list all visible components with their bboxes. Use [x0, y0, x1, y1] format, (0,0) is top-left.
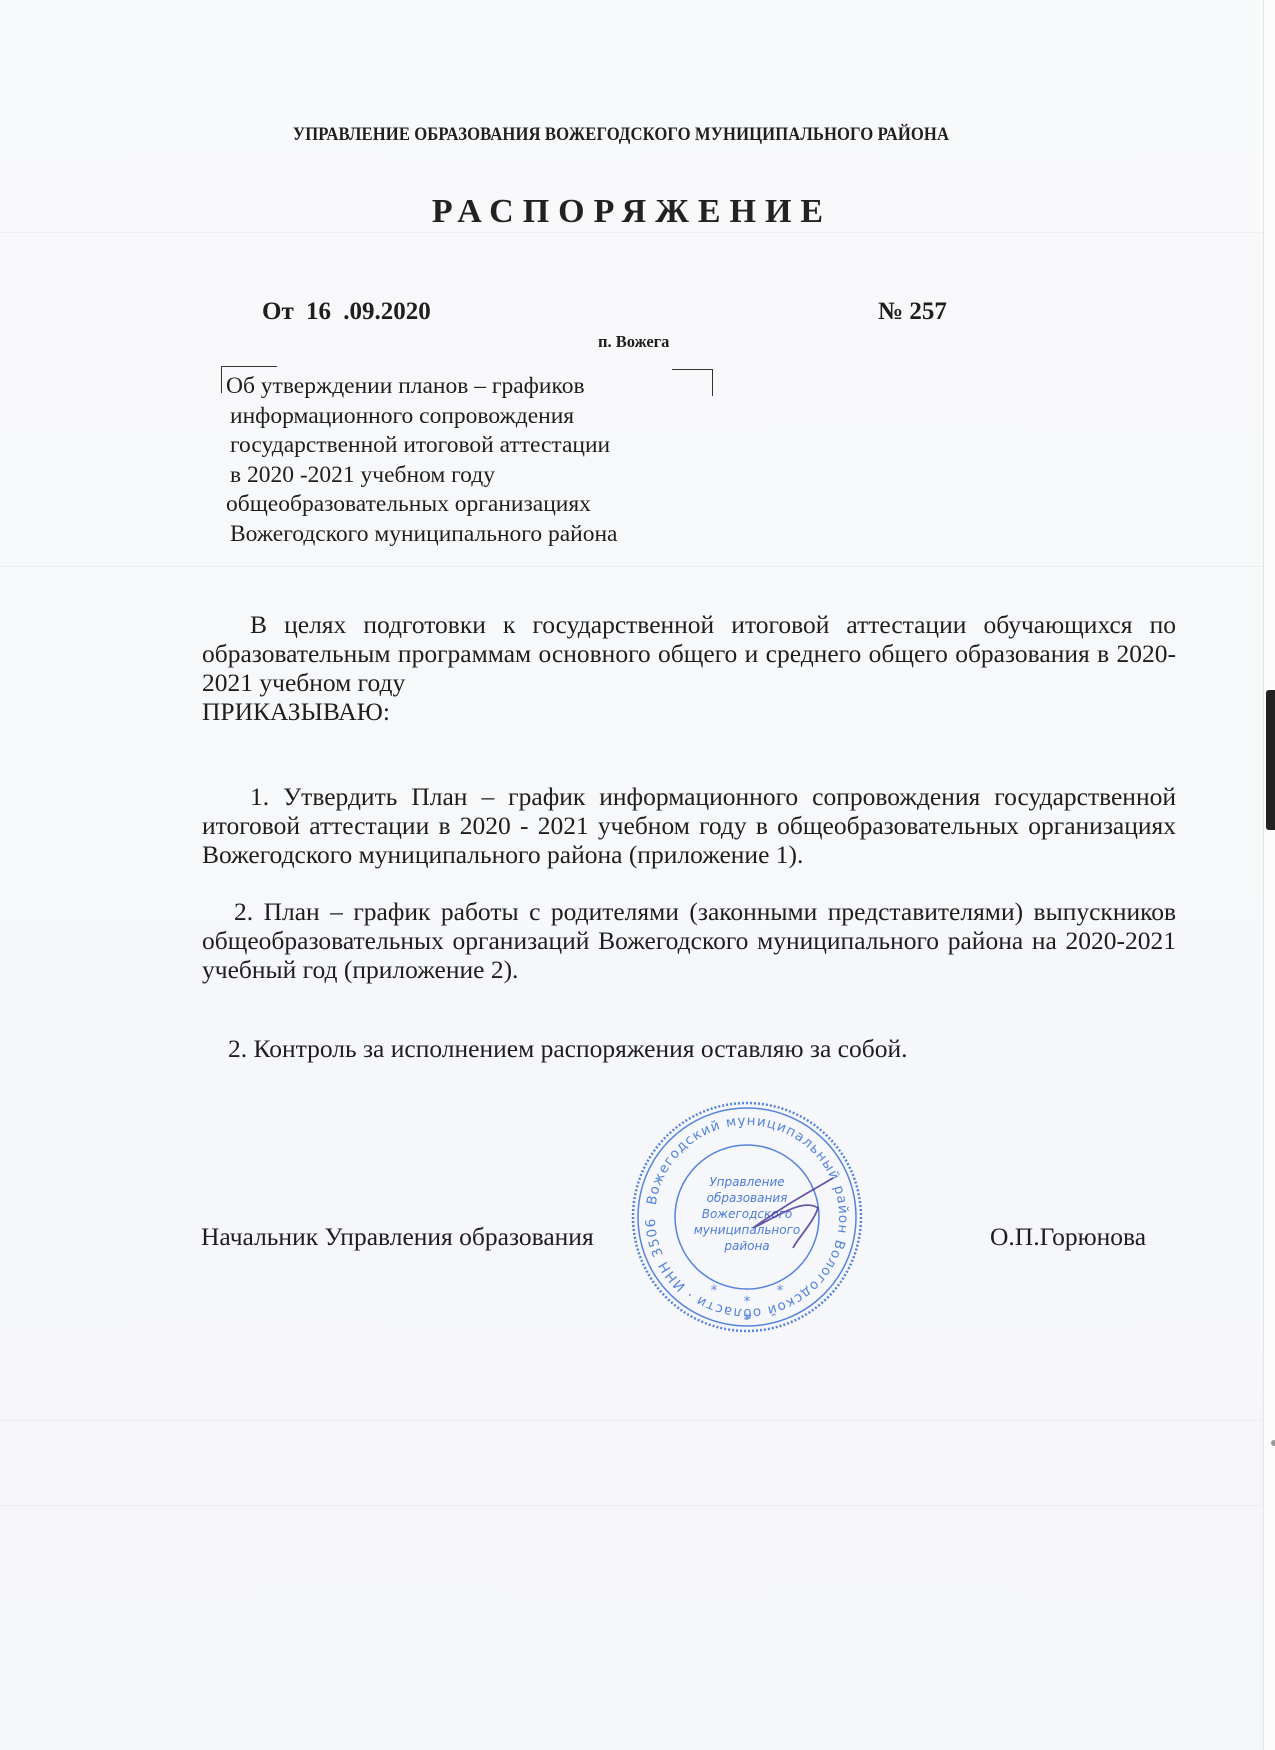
subject-line: в 2020 -2021 учебном году [220, 461, 617, 491]
document-number: № 257 [878, 298, 947, 326]
order-keyword: ПРИКАЗЫВАЮ: [202, 697, 390, 727]
order-item-1: 1. Утвердить План – график информационно… [202, 782, 1176, 869]
svg-text:образования: образования [707, 1191, 788, 1205]
subject-line: Об утверждении планов – графиков [220, 372, 617, 402]
order-item-2: 2. План – график работы с родителями (за… [202, 897, 1176, 984]
subject-line: государственной итоговой аттестации [220, 431, 617, 461]
svg-text:*: * [777, 1283, 784, 1299]
signatory-role: Начальник Управления образования [201, 1222, 594, 1252]
svg-text:*: * [711, 1283, 718, 1299]
scan-artifact [0, 1505, 1264, 1506]
document-date: От 16 .09.2020 [262, 298, 431, 326]
subject-line: Вожегодского муниципального района [220, 520, 617, 550]
document-title: РАСПОРЯЖЕНИЕ [0, 193, 1264, 231]
svg-text:района: района [723, 1239, 769, 1253]
svg-text:муниципального: муниципального [694, 1223, 801, 1237]
svg-text:*: * [744, 1294, 751, 1310]
subject-line: информационного сопровождения [220, 402, 617, 432]
date-label: От [262, 298, 294, 325]
scan-edge [1263, 0, 1275, 1750]
svg-text:Управление: Управление [709, 1175, 784, 1189]
organization-header: УПРАВЛЕНИЕ ОБРАЗОВАНИЯ ВОЖЕГОДСКОГО МУНИ… [0, 125, 1242, 146]
document-page: УПРАВЛЕНИЕ ОБРАЗОВАНИЯ ВОЖЕГОДСКОГО МУНИ… [0, 0, 1264, 1750]
scan-artifact [1266, 690, 1275, 830]
subject-bracket-right [672, 369, 713, 396]
date-value: 16 .09.2020 [306, 298, 431, 325]
document-subject: Об утверждении планов – графиков информа… [220, 372, 617, 549]
scan-artifact [0, 566, 1264, 567]
official-seal-icon: Вожегодский муниципальный район Вологодс… [628, 1098, 866, 1336]
scan-artifact [1271, 1440, 1275, 1446]
subject-line: общеобразовательных организациях [220, 490, 617, 520]
signatory-name: О.П.Горюнова [990, 1222, 1146, 1252]
scan-artifact [0, 1420, 1264, 1421]
scan-artifact [0, 232, 1264, 233]
preamble-paragraph: В целях подготовки к государственной ито… [202, 610, 1176, 697]
order-item-3: 2. Контроль за исполнением распоряжения … [228, 1034, 908, 1064]
document-place: п. Вожега [598, 332, 669, 352]
svg-text:*: * [744, 1312, 751, 1328]
